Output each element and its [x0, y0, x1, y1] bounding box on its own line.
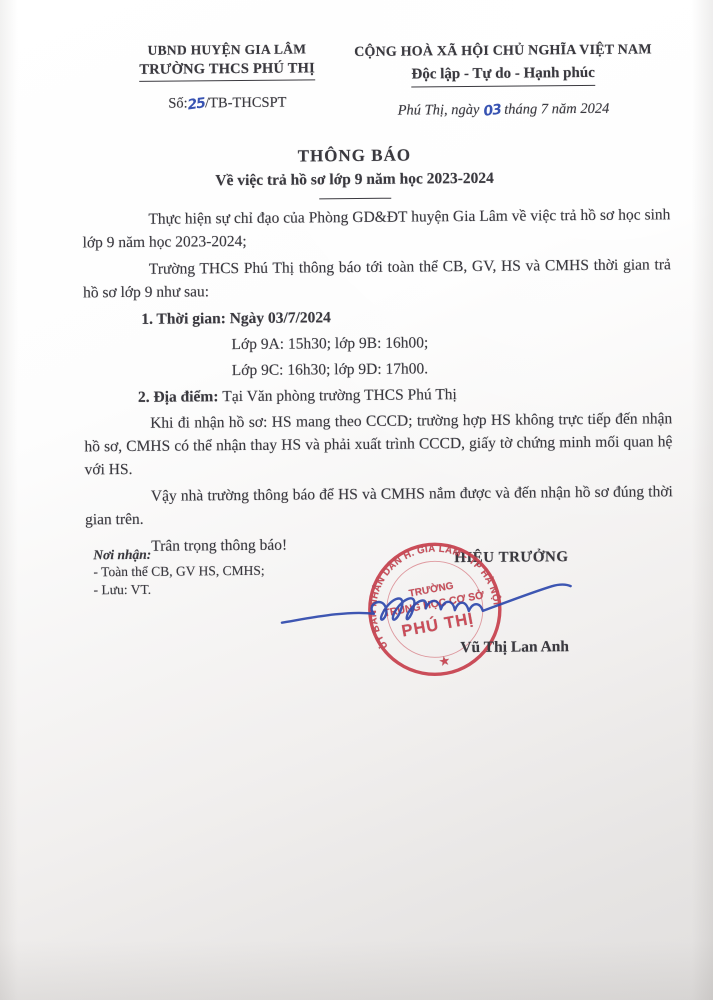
document-body: Thực hiện sự chỉ đạo của Phòng GD&ĐT huy…: [82, 203, 673, 562]
recipient-line: - Toàn thể CB, GV HS, CMHS;: [93, 562, 264, 581]
date-handwritten: 03: [482, 101, 502, 122]
paragraph-summary: Vậy nhà trường thông báo để HS và CMHS n…: [85, 480, 673, 531]
item-time-value: Ngày 03/7/2024: [230, 309, 331, 327]
title-subject: Về việc trả hồ sơ lớp 9 năm học 2023-202…: [0, 167, 711, 194]
org-parent: UBND HUYỆN GIA LÂM: [105, 40, 349, 60]
document-number-handwritten: 25: [187, 95, 207, 115]
scanned-document-page: UBND HUYỆN GIA LÂM TRƯỜNG THCS PHÚ THỊ S…: [0, 0, 713, 1000]
title-main: THÔNG BÁO: [0, 142, 711, 171]
item-time: 1. Thời gian: Ngày 03/7/2024: [141, 303, 671, 331]
date-suffix: tháng 7 năm 2024: [504, 101, 609, 118]
document-date: Phú Thị, ngày 03 tháng 7 năm 2024: [331, 99, 675, 122]
signer-name: Vũ Thị Lan Anh: [427, 638, 602, 658]
document-number: Số:25/TB-THCSPT: [105, 93, 349, 114]
schedule-line-2: Lớp 9C: 16h30; lớp 9D: 17h00.: [232, 355, 672, 382]
title-underline: [319, 198, 391, 200]
item-location-value: Tại Văn phòng trường THCS Phú Thị: [222, 386, 457, 405]
header-issuing-org: UBND HUYỆN GIA LÂM TRƯỜNG THCS PHÚ THỊ S…: [105, 40, 350, 114]
document-number-suffix: /TB-THCSPT: [205, 95, 287, 112]
national-motto-line1: CỘNG HOÀ XÃ HỘI CHỦ NGHĨA VIỆT NAM: [331, 41, 675, 63]
item-location: 2. Địa điểm: Tại Văn phòng trường THCS P…: [138, 381, 672, 409]
header-national: CỘNG HOÀ XÃ HỘI CHỦ NGHĨA VIỆT NAM Độc l…: [331, 41, 676, 122]
org-name: TRƯỜNG THCS PHÚ THỊ: [139, 59, 315, 82]
paragraph-directive: Thực hiện sự chỉ đạo của Phòng GD&ĐT huy…: [82, 203, 670, 254]
recipients-block: Nơi nhận: - Toàn thể CB, GV HS, CMHS; - …: [93, 545, 265, 598]
item-location-label: 2. Địa điểm:: [138, 388, 219, 406]
paragraph-requirements: Khi đi nhận hồ sơ: HS mang theo CCCD; tr…: [84, 407, 673, 481]
item-time-label: 1. Thời gian:: [141, 310, 226, 328]
schedule-line-1: Lớp 9A: 15h30; lớp 9B: 16h00;: [231, 329, 671, 356]
document-title: THÔNG BÁO Về việc trả hồ sơ lớp 9 năm họ…: [0, 142, 711, 203]
document-number-prefix: Số:: [168, 96, 187, 112]
recipients-title: Nơi nhận:: [93, 545, 264, 564]
date-prefix: Phú Thị, ngày: [398, 102, 480, 119]
paragraph-announcement: Trường THCS Phú Thị thông báo tới toàn t…: [83, 253, 671, 304]
document-content: UBND HUYỆN GIA LÂM TRƯỜNG THCS PHÚ THỊ S…: [0, 0, 713, 1000]
national-motto-line2: Độc lập - Tự do - Hạnh phúc: [411, 63, 595, 88]
recipient-line: - Lưu: VT.: [94, 579, 265, 598]
